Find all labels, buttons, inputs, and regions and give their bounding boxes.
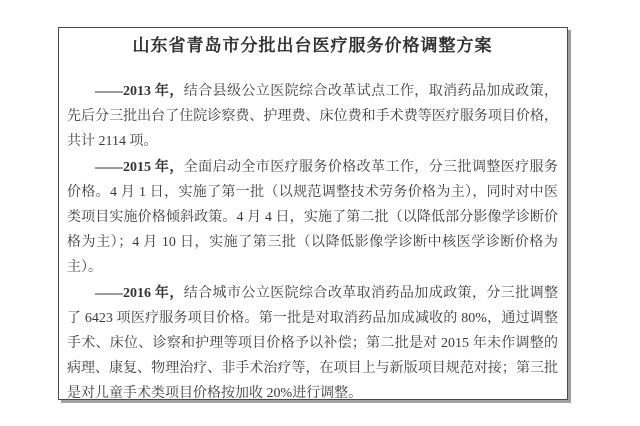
paragraph-2013-lead: ——2013 年，	[95, 84, 184, 99]
paragraph-2016: ——2016 年，结合城市公立医院综合改革取消药品加成政策，分三批调整了 642…	[67, 282, 558, 400]
paragraph-2016-body: 结合城市公立医院综合改革取消药品加成政策，分三批调整了 6423 项医疗服务项目…	[67, 286, 558, 400]
paragraph-2013: ——2013 年，结合县级公立医院综合改革试点工作，取消药品加成政策，先后分三批…	[67, 80, 558, 154]
document-title: 山东省青岛市分批出台医疗服务价格调整方案	[67, 33, 558, 59]
document-page: 山东省青岛市分批出台医疗服务价格调整方案 ——2013 年，结合县级公立医院综合…	[0, 0, 640, 426]
paragraph-2015: ——2015 年，全面启动全市医疗服务价格改革工作，分三批调整医疗服务价格。4 …	[67, 156, 558, 280]
document-box: 山东省青岛市分批出台医疗服务价格调整方案 ——2013 年，结合县级公立医院综合…	[58, 27, 568, 400]
paragraph-2015-lead: ——2015 年，	[95, 160, 184, 175]
paragraph-2015-body: 全面启动全市医疗服务价格改革工作，分三批调整医疗服务价格。4 月 1 日，实施了…	[67, 160, 558, 274]
paragraph-2016-lead: ——2016 年，	[95, 286, 184, 301]
